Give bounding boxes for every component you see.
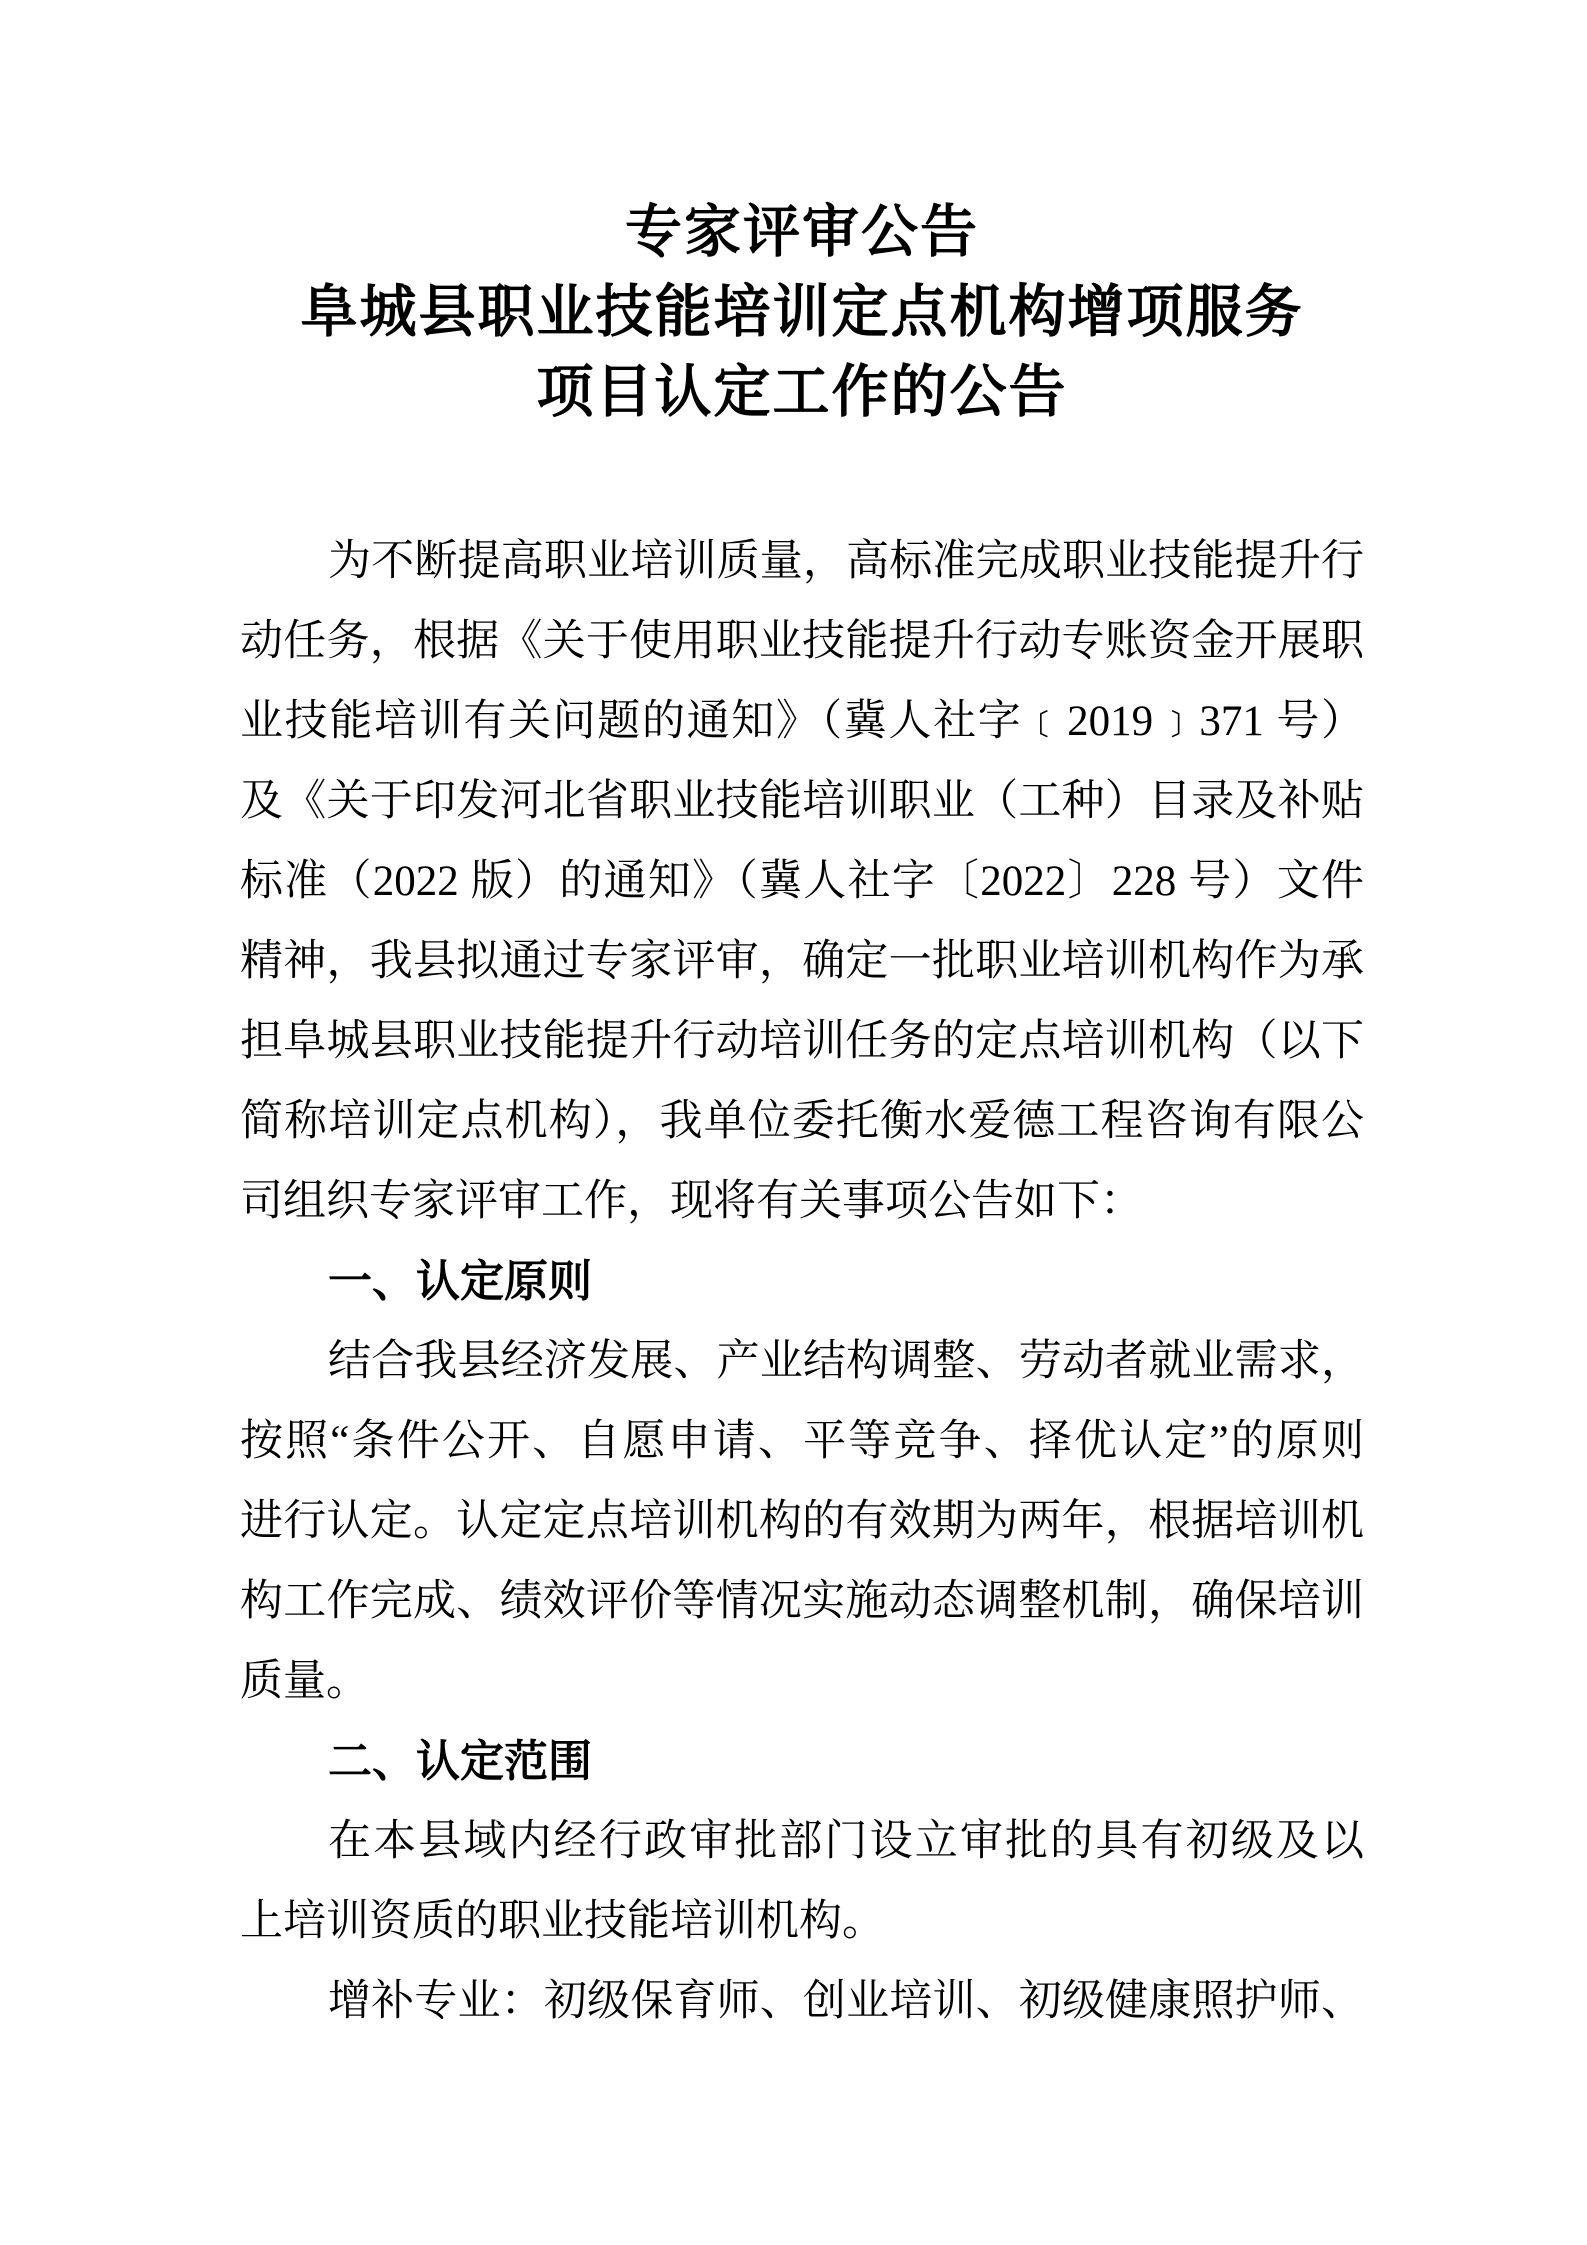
document-body: 为不断提高职业培训质量，高标准完成职业技能提升行 动任务，根据《关于使用职业技能… [240, 522, 1364, 2042]
paragraph-1-line: 标准（2022 版）的通知》（冀人社字〔2022〕228 号）文件 [240, 842, 1364, 922]
paragraph-2-line: 结合我县经济发展、产业结构调整、劳动者就业需求， [240, 1322, 1364, 1402]
paragraph-1-line: 司组织专家评审工作，现将有关事项公告如下： [240, 1162, 1364, 1242]
paragraph-1-line: 简称培训定点机构），我单位委托衡水爱德工程咨询有限公 [240, 1082, 1364, 1162]
paragraph-3-line: 在本县域内经行政审批部门设立审批的具有初级及以 [240, 1802, 1364, 1882]
paragraph-2-line: 质量。 [240, 1642, 1364, 1722]
paragraph-1-line: 担阜城县职业技能提升行动培训任务的定点培训机构（以下 [240, 1002, 1364, 1082]
paragraph-1-line: 为不断提高职业培训质量，高标准完成职业技能提升行 [240, 522, 1364, 602]
paragraph-3-line: 上培训资质的职业技能培训机构。 [240, 1882, 1364, 1962]
paragraph-2-line: 进行认定。认定定点培训机构的有效期为两年，根据培训机 [240, 1482, 1364, 1562]
section-heading-1: 一、认定原则 [240, 1242, 1364, 1322]
section-heading-2: 二、认定范围 [240, 1722, 1364, 1802]
paragraph-2-line: 构工作完成、绩效评价等情况实施动态调整机制，确保培训 [240, 1562, 1364, 1642]
document-title: 专家评审公告 阜城县职业技能培训定点机构增项服务 项目认定工作的公告 [240, 192, 1364, 432]
document-content: 专家评审公告 阜城县职业技能培训定点机构增项服务 项目认定工作的公告 为不断提高… [240, 192, 1364, 2042]
document-page: 专家评审公告 阜城县职业技能培训定点机构增项服务 项目认定工作的公告 为不断提高… [0, 0, 1587, 2245]
paragraph-4-line: 增补专业：初级保育师、创业培训、初级健康照护师、 [240, 1962, 1364, 2042]
paragraph-1-line: 及《关于印发河北省职业技能培训职业（工种）目录及补贴 [240, 762, 1364, 842]
paragraph-1-line: 精神，我县拟通过专家评审，确定一批职业培训机构作为承 [240, 922, 1364, 1002]
paragraph-1-line: 动任务，根据《关于使用职业技能提升行动专账资金开展职 [240, 602, 1364, 682]
document-title-line-2: 阜城县职业技能培训定点机构增项服务 [240, 272, 1364, 352]
document-title-line-3: 项目认定工作的公告 [240, 352, 1364, 432]
document-title-line-1: 专家评审公告 [240, 192, 1364, 272]
paragraph-1-line: 业技能培训有关问题的通知》（冀人社字﹝2019﹞371 号） [240, 682, 1364, 762]
paragraph-2-line: 按照“条件公开、自愿申请、平等竞争、择优认定”的原则 [240, 1402, 1364, 1482]
